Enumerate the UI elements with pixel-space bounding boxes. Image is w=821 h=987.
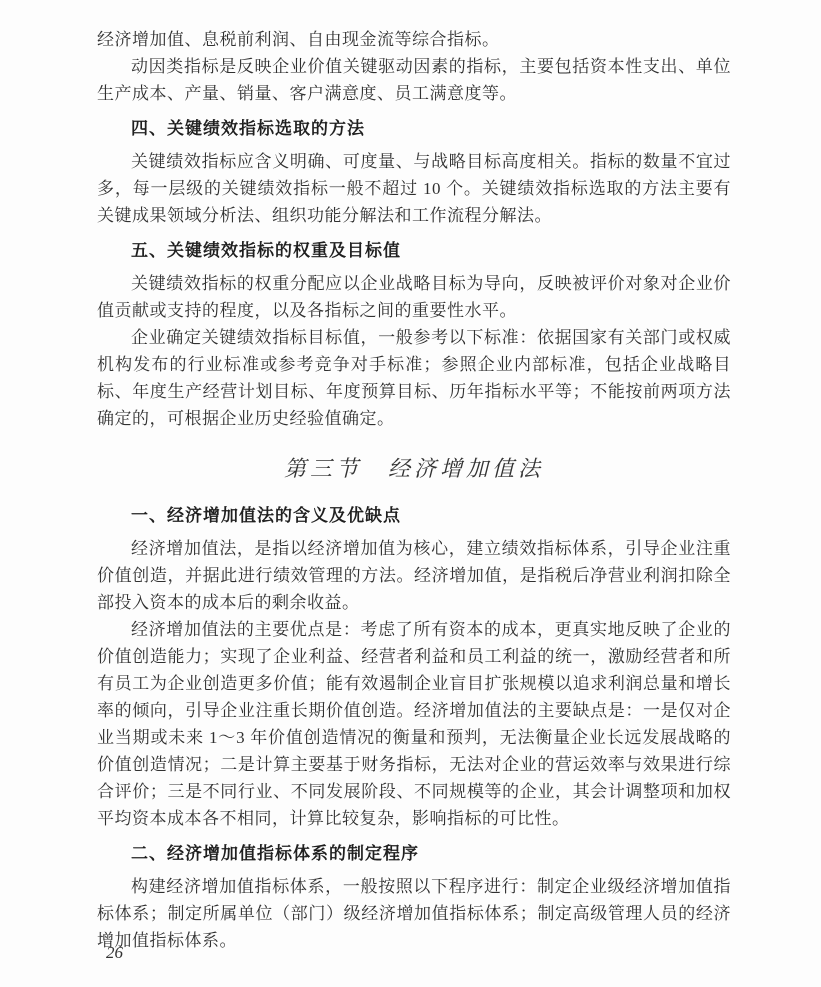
heading-kpi-selection-method: 四、关键绩效指标选取的方法 (97, 115, 731, 142)
paragraph-kpi-target-value: 企业确定关键绩效指标目标值，一般参考以下标准：依据国家有关部门或权威机构发布的行… (97, 324, 731, 432)
document-page: 经济增加值、息税前利润、自由现金流等综合指标。 动因类指标是反映企业价值关键驱动… (0, 0, 821, 987)
paragraph-driver-indicators: 动因类指标是反映企业价值关键驱动因素的指标，主要包括资本性支出、单位生产成本、产… (97, 53, 731, 107)
heading-eva-indicator-procedure: 二、经济增加值指标体系的制定程序 (97, 840, 731, 867)
heading-kpi-weight-target: 五、关键绩效指标的权重及目标值 (97, 237, 731, 264)
paragraph-eva-pros-cons: 经济增加值法的主要优点是：考虑了所有资本的成本，更真实地反映了企业的价值创造能力… (97, 616, 731, 832)
paragraph-kpi-weight: 关键绩效指标的权重分配应以企业战略目标为导向，反映被评价对象对企业价值贡献或支持… (97, 270, 731, 324)
heading-eva-meaning-pros-cons: 一、经济增加值法的含义及优缺点 (97, 502, 731, 529)
paragraph-continuation: 经济增加值、息税前利润、自由现金流等综合指标。 (97, 26, 731, 53)
paragraph-eva-definition: 经济增加值法，是指以经济增加值为核心，建立绩效指标体系，引导企业注重价值创造，并… (97, 535, 731, 616)
paragraph-kpi-selection: 关键绩效指标应含义明确、可度量、与战略目标高度相关。指标的数量不宜过多，每一层级… (97, 148, 731, 229)
section-title-eva-method: 第三节 经济增加值法 (97, 452, 731, 486)
paragraph-eva-procedure: 构建经济增加值指标体系，一般按照以下程序进行：制定企业级经济增加值指标体系；制定… (97, 873, 731, 954)
page-number: 26 (106, 943, 123, 963)
